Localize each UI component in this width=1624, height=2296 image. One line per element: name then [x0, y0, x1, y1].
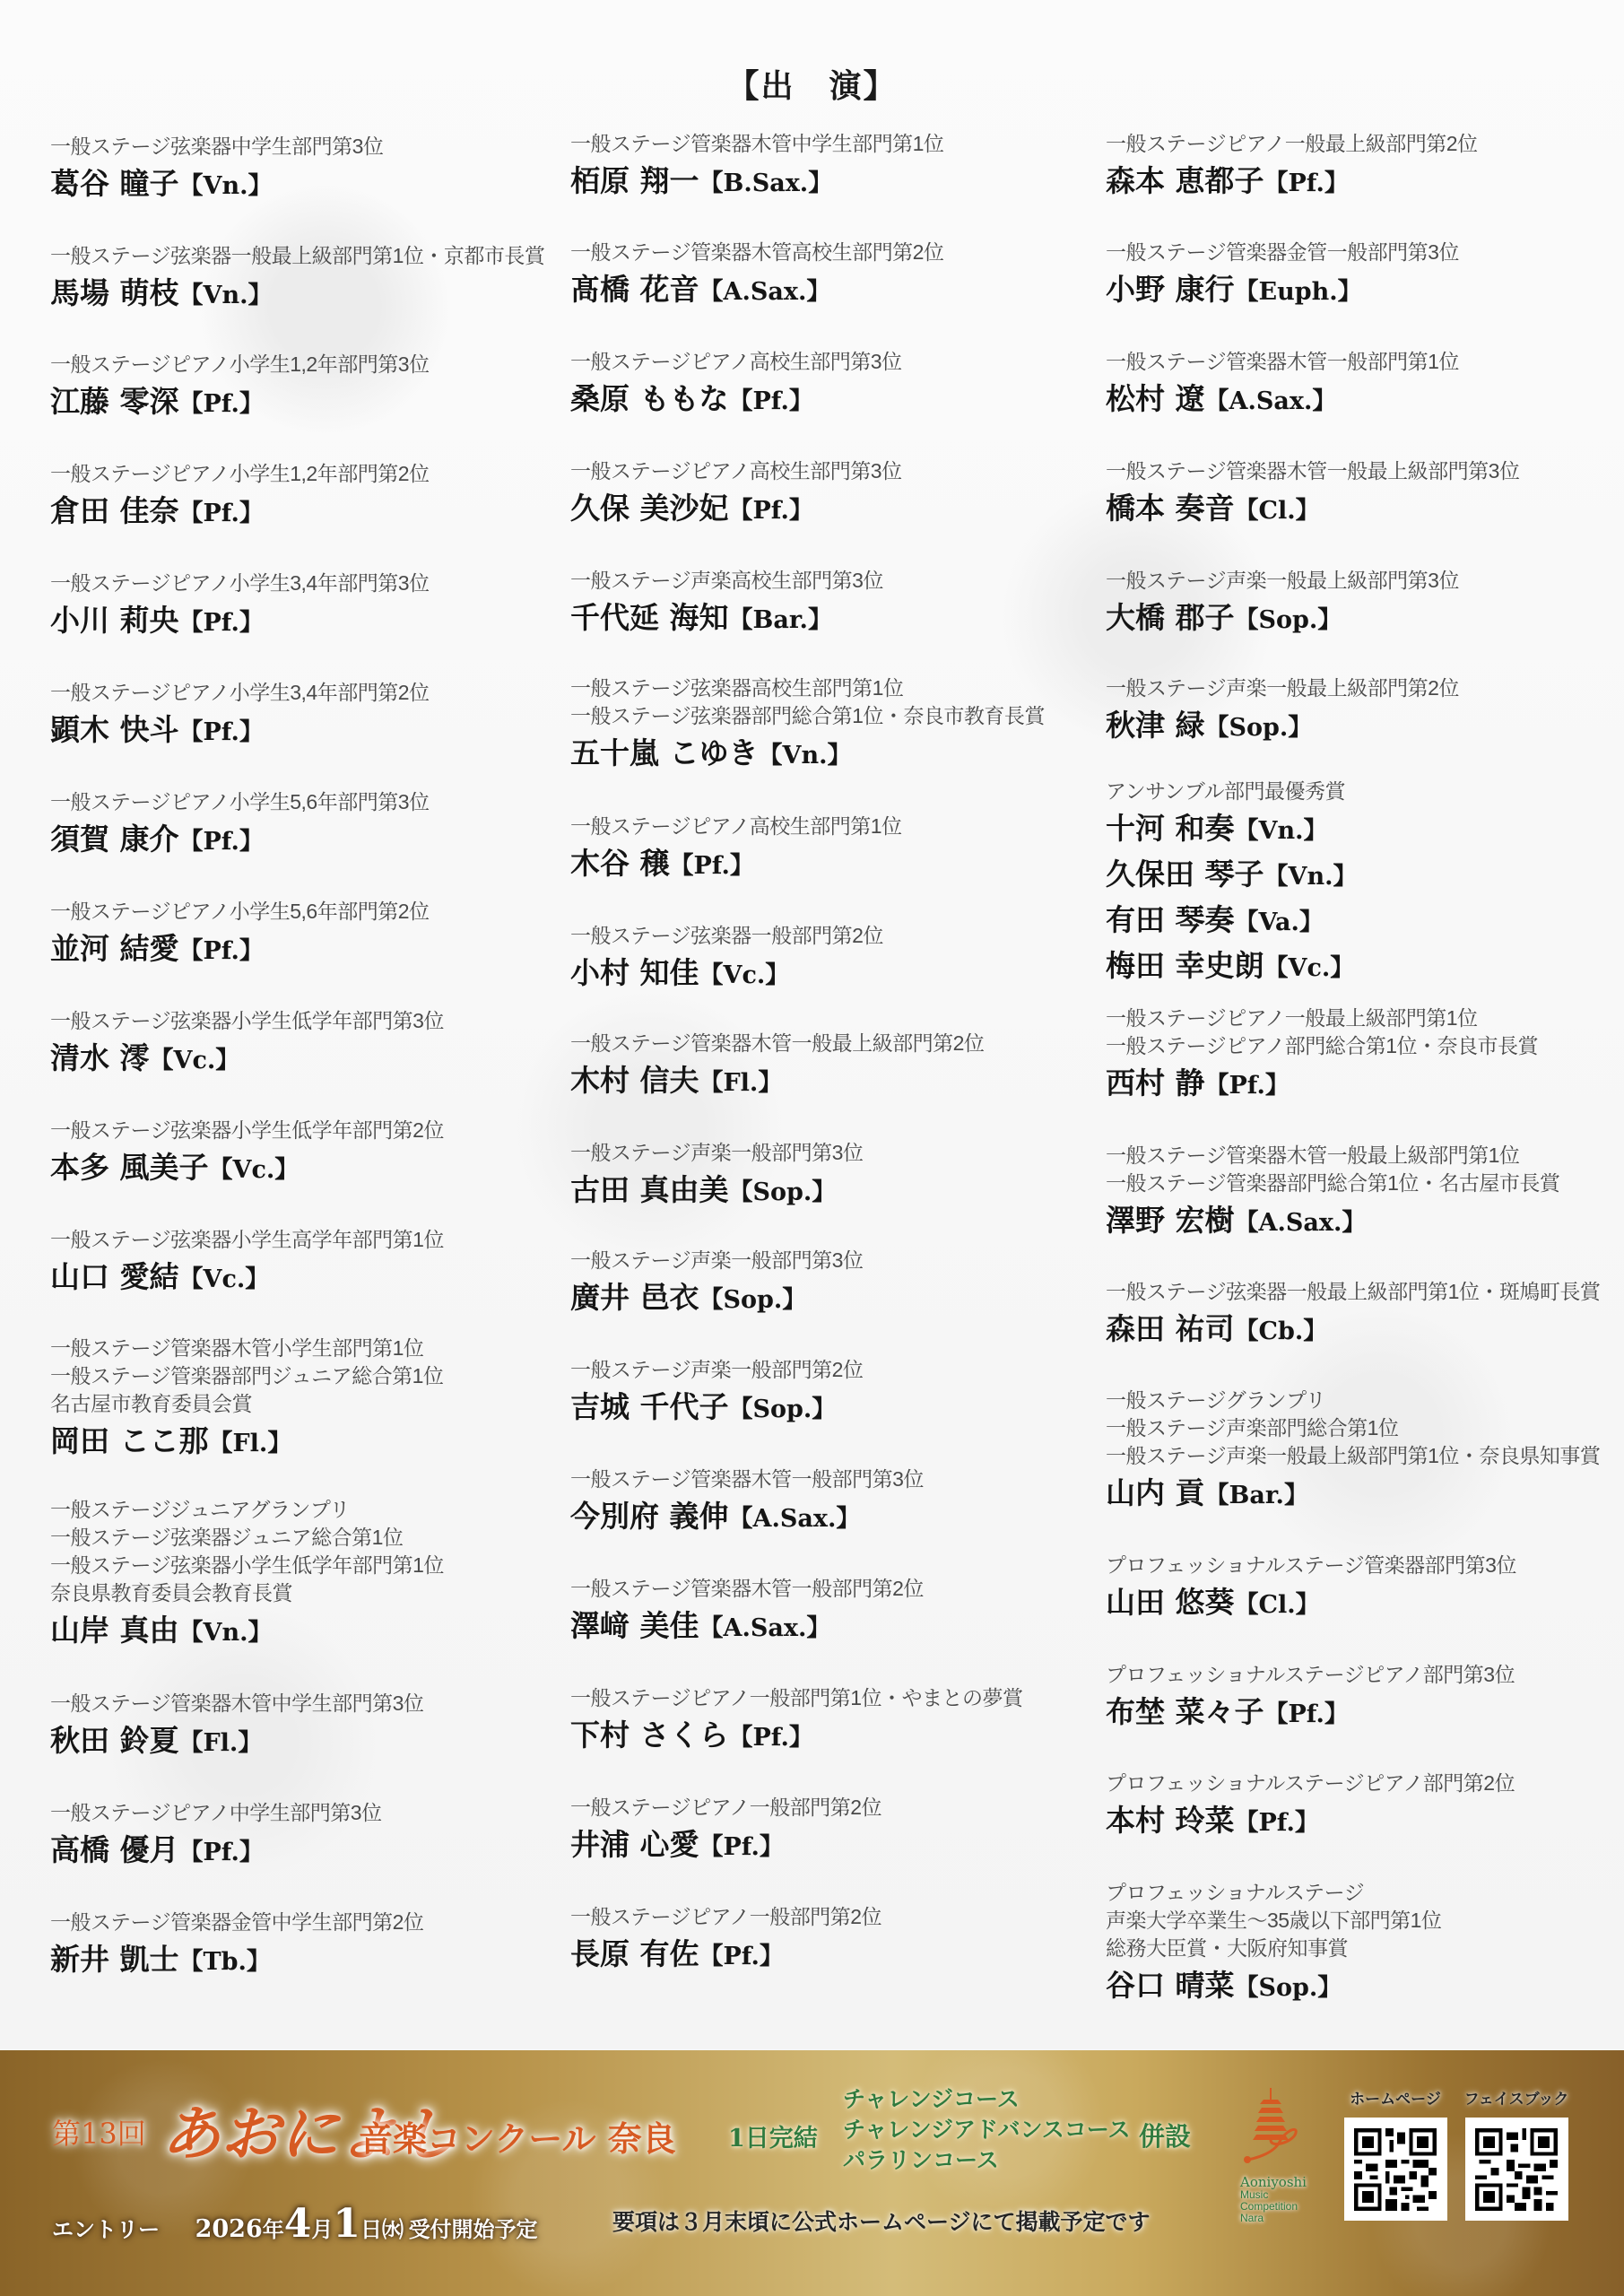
performer-entry: 一般ステージ管楽器木管一般部門第2位 澤﨑 美佳【A.Sax.】: [570, 1575, 924, 1650]
performer-name: 本村 玲菜【Pf.】: [1106, 1799, 1515, 1845]
award-text: 一般ステージピアノ小学生1,2年部門第3位: [50, 351, 430, 378]
award-text: 一般ステージ声楽一般部門第3位: [570, 1247, 863, 1274]
award-text: 一般ステージ管楽器金管中学生部門第2位: [50, 1909, 423, 1936]
award-text: 一般ステージ管楽器木管一般部門第1位: [1106, 348, 1459, 376]
award-text: 一般ステージ声楽高校生部門第3位: [570, 567, 883, 595]
qr-label: フェイスブック: [1463, 2086, 1569, 2109]
award-text: 一般ステージジュニアグランプリ: [50, 1496, 444, 1524]
performer-name: 倉田 佳奈【Pf.】: [50, 490, 430, 535]
performer-entry: 一般ステージピアノ高校生部門第1位 木谷 穣【Pf.】: [570, 813, 902, 888]
performer-entry: 一般ステージピアノ一般部門第2位 長原 有佐【Pf.】: [570, 1903, 881, 1979]
performer-name: 須賀 康介【Pf.】: [50, 818, 430, 864]
performer-name: 十河 和奏【Vn.】: [1106, 807, 1357, 853]
performer-entry: 一般ステージ管楽器金管一般部門第3位 小野 康行【Euph.】: [1106, 239, 1459, 314]
performer-entry: 一般ステージ声楽一般部門第2位 吉城 千代子【Sop.】: [570, 1356, 863, 1431]
award-text: 一般ステージ管楽器木管中学生部門第1位: [570, 130, 943, 158]
award-text: 一般ステージ声楽一般部門第3位: [570, 1139, 863, 1167]
performer-name: 髙橋 花音【A.Sax.】: [570, 268, 943, 314]
instrument-tag: 【Sop.】: [729, 1178, 837, 1206]
instrument-tag: 【Pf.】: [1264, 170, 1349, 197]
award-text: 一般ステージグランプリ: [1106, 1387, 1600, 1414]
performer-name: 今別府 義伸【A.Sax.】: [570, 1495, 924, 1541]
performer-entry: プロフェッショナルステージ 声楽大学卒業生〜35歳以下部門第1位 総務大臣賞・大…: [1106, 1879, 1441, 2010]
performer-entry: 一般ステージ弦楽器一般最上級部門第1位・斑鳩町長賞 森田 祐司【Cb.】: [1106, 1278, 1600, 1353]
award-text: 一般ステージ弦楽器小学生低学年部門第2位: [50, 1117, 444, 1144]
course-item: チャレンジアドバンスコース: [843, 2115, 1131, 2145]
instrument-tag: 【Bar.】: [1205, 1482, 1308, 1509]
award-text: アンサンブル部門最優秀賞: [1106, 778, 1357, 805]
qr-code-icon[interactable]: [1465, 2118, 1568, 2221]
performer-name: 有田 琴奏【Va.】: [1106, 899, 1357, 944]
performer-name: 澤﨑 美佳【A.Sax.】: [570, 1605, 924, 1650]
performer-entry: 一般ステージ管楽器木管中学生部門第3位 秋田 鈴夏【Fl.】: [50, 1690, 423, 1765]
award-text: 一般ステージ弦楽器部門総合第1位・奈良市教育長賞: [570, 702, 1045, 730]
performer-entry: 一般ステージ管楽器木管一般最上級部門第1位 一般ステージ管楽器部門総合第1位・名…: [1106, 1142, 1559, 1245]
award-text: 奈良県教育委員会教育長賞: [50, 1579, 444, 1607]
performer-entry: 一般ステージ管楽器木管一般最上級部門第2位 木村 信夫【Fl.】: [570, 1030, 984, 1105]
instrument-tag: 【Sop.】: [1205, 714, 1313, 742]
performer-entry: 一般ステージ弦楽器小学生高学年部門第1位 山口 愛結【Vc.】: [50, 1226, 444, 1301]
award-text: 一般ステージ管楽器木管一般部門第2位: [570, 1575, 924, 1603]
performer-name: 馬場 萌枝【Vn.】: [50, 272, 544, 317]
guidelines-notice: 要項は３月末頃に公式ホームページにて掲載予定です: [612, 2205, 1151, 2237]
instrument-tag: 【Vc.】: [209, 1156, 300, 1184]
edition-label: 第13回: [52, 2111, 146, 2152]
award-text: 一般ステージ弦楽器ジュニア総合第1位: [50, 1524, 444, 1552]
instrument-tag: 【Vn.】: [1264, 863, 1358, 891]
performer-entry: 一般ステージピアノ小学生3,4年部門第2位 顕木 快斗【Pf.】: [50, 679, 430, 754]
performer-name: 栢原 翔一【B.Sax.】: [570, 160, 943, 205]
heisetsu-label: 併設: [1139, 2117, 1191, 2153]
award-text: 一般ステージピアノ高校生部門第3位: [570, 348, 902, 376]
instrument-tag: 【Pf.】: [1264, 1700, 1349, 1728]
instrument-tag: 【Fl.】: [699, 1069, 783, 1097]
award-text: 声楽大学卒業生〜35歳以下部門第1位: [1106, 1907, 1441, 1935]
brand-logo: Aoniyoshi Music Competition Nara: [1240, 2086, 1321, 2224]
performer-entry: 一般ステージグランプリ 一般ステージ声楽部門総合第1位 一般ステージ声楽一般最上…: [1106, 1387, 1600, 1518]
award-text: 一般ステージ弦楽器小学生低学年部門第1位: [50, 1552, 444, 1579]
instrument-tag: 【A.Sax.】: [699, 1614, 831, 1642]
performer-name: 五十嵐 こゆき【Vn.】: [570, 732, 1045, 778]
award-text: プロフェッショナルステージピアノ部門第2位: [1106, 1770, 1515, 1797]
instrument-tag: 【Pf.】: [670, 852, 754, 880]
award-text: 一般ステージピアノ高校生部門第1位: [570, 813, 902, 840]
performer-entry: 一般ステージ管楽器木管小学生部門第1位 一般ステージ管楽器部門ジュニア総合第1位…: [50, 1335, 443, 1465]
instrument-tag: 【Pf.】: [179, 500, 264, 527]
facebook-qr[interactable]: フェイスブック: [1463, 2086, 1569, 2221]
instrument-tag: 【B.Sax.】: [699, 170, 833, 197]
instrument-tag: 【Tb.】: [179, 1948, 271, 1976]
competition-banner: 第13回 あおによし 音楽コンクール 奈良 1日完結 チャレンジコース チャレン…: [0, 2050, 1624, 2296]
award-text: 一般ステージ管楽器部門ジュニア総合第1位: [50, 1362, 443, 1390]
performer-entry: 一般ステージピアノ小学生5,6年部門第3位 須賀 康介【Pf.】: [50, 788, 430, 864]
award-text: 一般ステージ管楽器部門総合第1位・名古屋市長賞: [1106, 1170, 1559, 1197]
award-text: 一般ステージ管楽器木管高校生部門第2位: [570, 239, 943, 266]
performer-name: 谷口 晴菜【Sop.】: [1106, 1964, 1441, 2010]
instrument-tag: 【Vn.】: [759, 742, 852, 770]
performer-name: 秋田 鈴夏【Fl.】: [50, 1719, 423, 1765]
performer-name: 高橋 優月【Pf.】: [50, 1829, 382, 1874]
instrument-tag: 【A.Sax.】: [1235, 1209, 1367, 1237]
award-text: 一般ステージ管楽器木管一般最上級部門第1位: [1106, 1142, 1559, 1170]
award-text: 一般ステージ声楽一般部門第2位: [570, 1356, 863, 1384]
performer-name: 山岸 真由【Vn.】: [50, 1609, 444, 1655]
award-text: 一般ステージ弦楽器高校生部門第1位: [570, 674, 1045, 702]
performer-entry: 一般ステージピアノ一般部門第1位・やまとの夢賞 下村 さくら【Pf.】: [570, 1684, 1023, 1760]
award-text: 一般ステージピアノ一般最上級部門第1位: [1106, 1004, 1538, 1032]
performer-name: 吉城 千代子【Sop.】: [570, 1386, 863, 1431]
performer-name: 下村 さくら【Pf.】: [570, 1714, 1023, 1760]
award-text: 一般ステージ声楽部門総合第1位: [1106, 1414, 1600, 1442]
instrument-tag: 【Vn.】: [179, 282, 273, 309]
performer-entry: 一般ステージジュニアグランプリ 一般ステージ弦楽器ジュニア総合第1位 一般ステー…: [50, 1496, 444, 1655]
performer-name: 橋本 奏音【Cl.】: [1106, 487, 1519, 533]
qr-code-icon[interactable]: [1344, 2118, 1447, 2221]
performer-name: 久保田 琴子【Vn.】: [1106, 853, 1357, 899]
instrument-tag: 【Cb.】: [1235, 1318, 1328, 1345]
award-text: 一般ステージ弦楽器中学生部門第3位: [50, 133, 383, 161]
instrument-tag: 【Vn.】: [1235, 817, 1328, 845]
performer-entry: 一般ステージ管楽器木管一般部門第1位 松村 遼【A.Sax.】: [1106, 348, 1459, 423]
instrument-tag: 【Fl.】: [179, 1729, 263, 1757]
performer-name: 並河 結愛【Pf.】: [50, 927, 430, 973]
instrument-tag: 【Va.】: [1235, 909, 1324, 936]
award-text: 名古屋市教育委員会賞: [50, 1390, 443, 1418]
performer-name: 古田 真由美【Sop.】: [570, 1169, 863, 1214]
instrument-tag: 【Pf.】: [1235, 1809, 1319, 1837]
one-day-label: 1日完結: [728, 2118, 818, 2153]
award-text: 一般ステージピアノ一般部門第1位・やまとの夢賞: [570, 1684, 1023, 1712]
performer-entry: 一般ステージピアノ一般最上級部門第1位 一般ステージピアノ部門総合第1位・奈良市…: [1106, 1004, 1538, 1108]
performer-entry: 一般ステージピアノ小学生1,2年部門第2位 倉田 佳奈【Pf.】: [50, 460, 430, 535]
award-text: 一般ステージ管楽器金管一般部門第3位: [1106, 239, 1459, 266]
award-text: 一般ステージピアノ高校生部門第3位: [570, 457, 902, 485]
award-text: 一般ステージピアノ部門総合第1位・奈良市長賞: [1106, 1032, 1538, 1060]
performer-name: 布埜 菜々子【Pf.】: [1106, 1691, 1515, 1736]
pagoda-treble-clef-icon: [1240, 2086, 1312, 2171]
award-text: 一般ステージ管楽器木管中学生部門第3位: [50, 1690, 423, 1718]
performer-name: 山内 貢【Bar.】: [1106, 1472, 1600, 1518]
instrument-tag: 【Pf.】: [1205, 1072, 1290, 1100]
performer-entry: 一般ステージ弦楽器中学生部門第3位 葛谷 瞳子【Vn.】: [50, 133, 383, 208]
instrument-tag: 【Vn.】: [179, 1619, 273, 1647]
performer-name: 木谷 穣【Pf.】: [570, 842, 902, 888]
performer-entry: 一般ステージ声楽高校生部門第3位 千代延 海知【Bar.】: [570, 567, 883, 642]
instrument-tag: 【A.Sax.】: [699, 278, 831, 306]
performer-entry: 一般ステージ声楽一般最上級部門第2位 秋津 緑【Sop.】: [1106, 674, 1459, 750]
instrument-tag: 【Vc.】: [699, 961, 790, 989]
instrument-tag: 【Pf.】: [179, 937, 264, 965]
performer-entry: 一般ステージピアノ高校生部門第3位 桑原 ももな【Pf.】: [570, 348, 902, 423]
entry-label: エントリー: [52, 2216, 160, 2242]
performer-entry: 一般ステージ管楽器木管中学生部門第1位 栢原 翔一【B.Sax.】: [570, 130, 943, 205]
course-item: パラリンコース: [843, 2145, 1131, 2176]
instrument-tag: 【A.Sax.】: [729, 1505, 861, 1533]
award-text: 一般ステージ声楽一般最上級部門第3位: [1106, 567, 1459, 595]
award-text: 一般ステージピアノ小学生5,6年部門第2位: [50, 898, 430, 926]
instrument-tag: 【Vc.】: [1264, 954, 1355, 982]
performer-name: 葛谷 瞳子【Vn.】: [50, 162, 383, 208]
award-text: 一般ステージピアノ一般部門第2位: [570, 1794, 881, 1822]
award-text: 一般ステージピアノ小学生3,4年部門第3位: [50, 570, 430, 597]
performer-name: 久保 美沙妃【Pf.】: [570, 487, 902, 533]
performer-entry: 一般ステージ弦楽器小学生低学年部門第2位 本多 風美子【Vc.】: [50, 1117, 444, 1192]
performer-name: 新井 凱士【Tb.】: [50, 1938, 423, 1984]
instrument-tag: 【Pf.】: [179, 1839, 264, 1866]
performer-name: 千代延 海知【Bar.】: [570, 596, 883, 642]
performer-name: 井浦 心愛【Pf.】: [570, 1823, 881, 1869]
ensemble-entry: アンサンブル部門最優秀賞 十河 和奏【Vn.】 久保田 琴子【Vn.】 有田 琴…: [1106, 778, 1357, 990]
performer-name: 桑原 ももな【Pf.】: [570, 378, 902, 423]
performer-name: 西村 静【Pf.】: [1106, 1062, 1538, 1108]
performer-entry: プロフェッショナルステージ管楽器部門第3位 山田 悠葵【Cl.】: [1106, 1552, 1516, 1627]
performer-name: 清水 澪【Vc.】: [50, 1037, 444, 1083]
instrument-tag: 【Pf.】: [729, 387, 813, 415]
performer-entry: 一般ステージ管楽器木管一般最上級部門第3位 橋本 奏音【Cl.】: [1106, 457, 1519, 533]
performer-entry: 一般ステージ弦楽器高校生部門第1位 一般ステージ弦楽器部門総合第1位・奈良市教育…: [570, 674, 1045, 778]
instrument-tag: 【Pf.】: [179, 390, 264, 418]
award-text: プロフェッショナルステージ: [1106, 1879, 1441, 1907]
performer-name: 山口 愛結【Vc.】: [50, 1256, 444, 1301]
performer-entry: 一般ステージ弦楽器一般部門第2位 小村 知佳【Vc.】: [570, 922, 883, 997]
performer-entry: 一般ステージ管楽器金管中学生部門第2位 新井 凱士【Tb.】: [50, 1909, 423, 1984]
instrument-tag: 【Pf.】: [699, 1943, 784, 1970]
instrument-tag: 【Sop.】: [729, 1396, 837, 1423]
competition-title: 音楽コンクール 奈良: [359, 2111, 676, 2161]
instrument-tag: 【Cl.】: [1235, 1591, 1320, 1619]
award-text: 一般ステージ弦楽器小学生高学年部門第1位: [50, 1226, 444, 1254]
performer-entry: 一般ステージピアノ一般部門第2位 井浦 心愛【Pf.】: [570, 1794, 881, 1869]
performer-name: 梅田 幸史朗【Vc.】: [1106, 944, 1357, 990]
award-text: 一般ステージピアノ中学生部門第3位: [50, 1799, 382, 1827]
instrument-tag: 【Bar.】: [729, 606, 832, 634]
performer-name: 顕木 快斗【Pf.】: [50, 709, 430, 754]
homepage-qr[interactable]: ホームページ: [1342, 2086, 1448, 2221]
instrument-tag: 【Pf.】: [699, 1833, 784, 1861]
course-list: チャレンジコース チャレンジアドバンスコース パラリンコース: [843, 2084, 1131, 2176]
performer-entry: 一般ステージ管楽器木管一般部門第3位 今別府 義伸【A.Sax.】: [570, 1465, 924, 1541]
award-text: 一般ステージ弦楽器一般最上級部門第1位・斑鳩町長賞: [1106, 1278, 1600, 1306]
instrument-tag: 【Vc.】: [179, 1265, 270, 1293]
performer-name: 小村 知佳【Vc.】: [570, 952, 883, 997]
performer-entry: 一般ステージ弦楽器一般最上級部門第1位・京都市長賞 馬場 萌枝【Vn.】: [50, 242, 544, 317]
performer-name: 秋津 緑【Sop.】: [1106, 704, 1459, 750]
performer-name: 小野 康行【Euph.】: [1106, 268, 1459, 314]
award-text: 一般ステージ管楽器木管一般部門第3位: [570, 1465, 924, 1493]
award-text: 一般ステージ弦楽器一般部門第2位: [570, 922, 883, 950]
award-text: 一般ステージ弦楽器一般最上級部門第1位・京都市長賞: [50, 242, 544, 270]
award-text: 一般ステージピアノ小学生5,6年部門第3位: [50, 788, 430, 816]
instrument-tag: 【Vc.】: [150, 1047, 240, 1074]
qr-label: ホームページ: [1342, 2086, 1448, 2109]
award-text: 一般ステージピアノ一般最上級部門第2位: [1106, 130, 1478, 158]
instrument-tag: 【Sop.】: [1235, 1974, 1342, 2002]
section-title: 【出 演】: [0, 61, 1624, 107]
performer-name: 森田 祐司【Cb.】: [1106, 1308, 1600, 1353]
performer-entry: 一般ステージピアノ小学生5,6年部門第2位 並河 結愛【Pf.】: [50, 898, 430, 973]
instrument-tag: 【Pf.】: [729, 1724, 813, 1752]
performer-name: 長原 有佐【Pf.】: [570, 1933, 881, 1979]
instrument-tag: 【Sop.】: [1235, 606, 1342, 634]
performer-entry: 一般ステージ管楽器木管高校生部門第2位 髙橋 花音【A.Sax.】: [570, 239, 943, 314]
instrument-tag: 【Fl.】: [209, 1430, 292, 1457]
performer-entry: 一般ステージピアノ中学生部門第3位 高橋 優月【Pf.】: [50, 1799, 382, 1874]
performer-name: 岡田 ここ那【Fl.】: [50, 1420, 443, 1465]
award-text: 一般ステージピアノ小学生1,2年部門第2位: [50, 460, 430, 488]
award-text: 総務大臣賞・大阪府知事賞: [1106, 1935, 1441, 1962]
award-text: プロフェッショナルステージ管楽器部門第3位: [1106, 1552, 1516, 1579]
award-text: 一般ステージピアノ一般部門第2位: [570, 1903, 881, 1931]
award-text: 一般ステージ管楽器木管一般最上級部門第3位: [1106, 457, 1519, 485]
award-text: 一般ステージピアノ小学生3,4年部門第2位: [50, 679, 430, 707]
award-text: 一般ステージ声楽一般最上級部門第1位・奈良県知事賞: [1106, 1442, 1600, 1470]
performer-name: 廣井 邑衣【Sop.】: [570, 1276, 863, 1322]
instrument-tag: 【Euph.】: [1235, 278, 1362, 306]
performer-entry: プロフェッショナルステージピアノ部門第2位 本村 玲菜【Pf.】: [1106, 1770, 1515, 1845]
award-text: 一般ステージ管楽器木管小学生部門第1位: [50, 1335, 443, 1362]
performer-entry: 一般ステージ弦楽器小学生低学年部門第3位 清水 澪【Vc.】: [50, 1007, 444, 1083]
entry-date: エントリー 2026年4月1日㈬ 受付開始予定: [52, 2201, 538, 2247]
award-text: 一般ステージ声楽一般最上級部門第2位: [1106, 674, 1459, 702]
performer-name: 山田 悠葵【Cl.】: [1106, 1581, 1516, 1627]
performer-name: 森本 恵都子【Pf.】: [1106, 160, 1478, 205]
performer-entry: 一般ステージピアノ小学生1,2年部門第3位 江藤 零深【Pf.】: [50, 351, 430, 426]
instrument-tag: 【Cl.】: [1235, 497, 1320, 525]
performer-entry: 一般ステージ声楽一般部門第3位 廣井 邑衣【Sop.】: [570, 1247, 863, 1322]
performer-entry: プロフェッショナルステージピアノ部門第3位 布埜 菜々子【Pf.】: [1106, 1661, 1515, 1736]
instrument-tag: 【A.Sax.】: [1205, 387, 1337, 415]
performer-name: 本多 風美子【Vc.】: [50, 1146, 444, 1192]
brand-name: Aoniyoshi: [1240, 2175, 1321, 2189]
instrument-tag: 【Sop.】: [699, 1286, 807, 1314]
performer-name: 江藤 零深【Pf.】: [50, 380, 430, 426]
performer-entry: 一般ステージピアノ高校生部門第3位 久保 美沙妃【Pf.】: [570, 457, 902, 533]
course-item: チャレンジコース: [843, 2084, 1131, 2115]
award-text: 一般ステージ管楽器木管一般最上級部門第2位: [570, 1030, 984, 1057]
instrument-tag: 【Pf.】: [179, 718, 264, 746]
performer-entry: 一般ステージピアノ一般最上級部門第2位 森本 恵都子【Pf.】: [1106, 130, 1478, 205]
instrument-tag: 【Pf.】: [179, 828, 264, 856]
instrument-tag: 【Vn.】: [179, 172, 273, 200]
performer-name: 大橋 郡子【Sop.】: [1106, 596, 1459, 642]
performer-name: 松村 遼【A.Sax.】: [1106, 378, 1459, 423]
performer-name: 澤野 宏樹【A.Sax.】: [1106, 1199, 1559, 1245]
award-text: 一般ステージ弦楽器小学生低学年部門第3位: [50, 1007, 444, 1035]
award-text: プロフェッショナルステージピアノ部門第3位: [1106, 1661, 1515, 1689]
instrument-tag: 【Pf.】: [729, 497, 813, 525]
performer-entry: 一般ステージ声楽一般最上級部門第3位 大橋 郡子【Sop.】: [1106, 567, 1459, 642]
performer-entry: 一般ステージ声楽一般部門第3位 古田 真由美【Sop.】: [570, 1139, 863, 1214]
performer-name: 小川 莉央【Pf.】: [50, 599, 430, 645]
performer-name: 木村 信夫【Fl.】: [570, 1059, 984, 1105]
instrument-tag: 【Pf.】: [179, 609, 264, 637]
performer-entry: 一般ステージピアノ小学生3,4年部門第3位 小川 莉央【Pf.】: [50, 570, 430, 645]
